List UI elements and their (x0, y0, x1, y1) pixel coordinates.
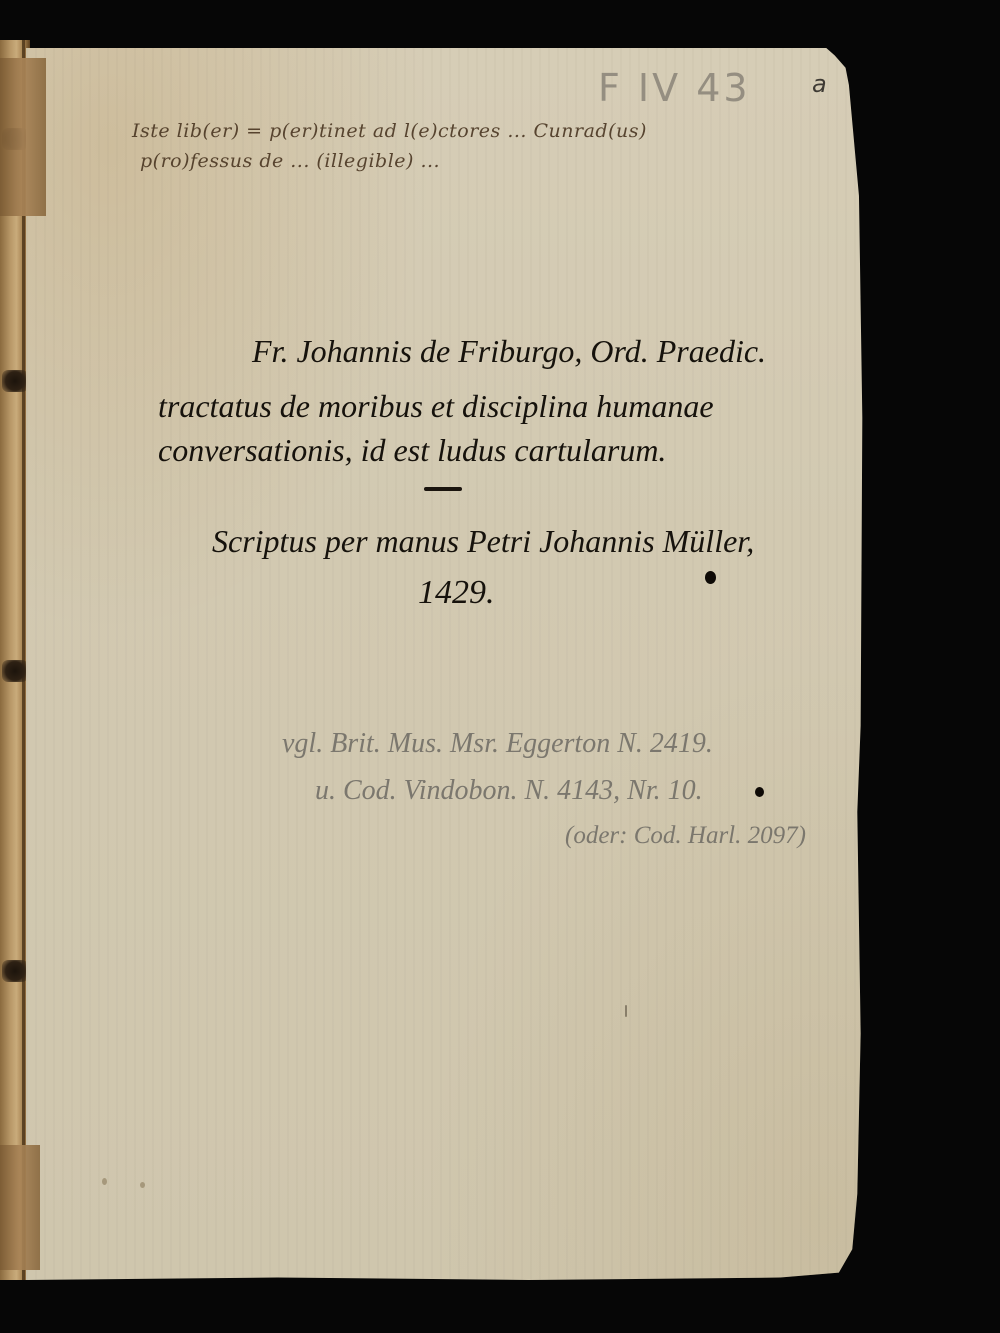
repair-tape-bottom (0, 1145, 40, 1270)
pencil-note-line: vgl. Brit. Mus. Msr. Eggerton N. 2419. (282, 728, 713, 760)
sewing-station (2, 960, 28, 982)
ink-dot (755, 787, 764, 797)
manuscript-page (26, 48, 864, 1280)
scribe-line: Scriptus per manus Petri Johannis Müller… (212, 523, 754, 560)
shelfmark: F IV 43 (598, 66, 751, 110)
title-line: Fr. Johannis de Friburgo, Ord. Praedic. (252, 333, 766, 370)
sewing-station (2, 660, 28, 682)
sewing-station (2, 370, 28, 392)
paper-stain (102, 1178, 107, 1185)
repair-tape-top (0, 58, 46, 216)
title-line: conversationis, id est ludus cartularum. (158, 432, 666, 469)
pencil-note-line: u. Cod. Vindobon. N. 4143, Nr. 10. (315, 775, 703, 807)
pen-mark (625, 1005, 627, 1017)
paper-stain (140, 1182, 145, 1188)
medieval-note-line: p(ro)fessus de ... (illegible) ... (140, 150, 440, 172)
year: 1429. (418, 574, 495, 612)
title-line: tractatus de moribus et disciplina human… (158, 388, 714, 425)
separator-dash (424, 487, 462, 491)
pencil-note-line: (oder: Cod. Harl. 2097) (565, 822, 806, 850)
ink-dot (705, 571, 716, 584)
medieval-note-line: Iste lib(er) = p(er)tinet ad l(e)ctores … (132, 120, 647, 142)
foliation-mark: a (812, 70, 827, 98)
